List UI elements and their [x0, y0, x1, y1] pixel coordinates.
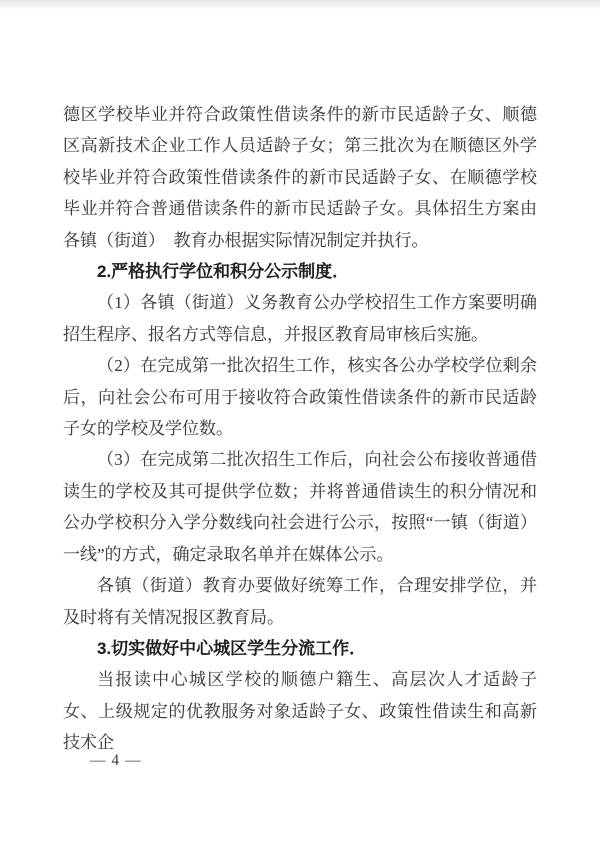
paragraph-item-2: （2）在完成第一批次招生工作，核实各公办学校学位剩余后，向社会公布可用于接收符合…	[63, 350, 537, 444]
paragraph-diversion: 当报读中心城区学校的顺德户籍生、高层次人才适龄子女、上级规定的优教服务对象适龄子…	[63, 664, 537, 758]
section-heading-3: 3.切实做好中心城区学生分流工作．	[63, 633, 537, 664]
paragraph-item-1: （1）各镇（街道）义务教育公办学校招生工作方案要明确招生程序、报名方式等信息，并…	[63, 287, 537, 350]
document-page: 德区学校毕业并符合政策性借读条件的新市民适龄子女、顺德区高新技术企业工作人员适龄…	[0, 0, 600, 849]
section-heading-2: 2.严格执行学位和积分公示制度．	[63, 256, 537, 287]
page-number: — 4 —	[90, 752, 142, 770]
paragraph-continuation: 德区学校毕业并符合政策性借读条件的新市民适龄子女、顺德区高新技术企业工作人员适龄…	[63, 99, 537, 256]
paragraph-coordination: 各镇（街道）教育办要做好统筹工作，合理安排学位，并及时将有关情况报区教育局。	[63, 570, 537, 633]
paragraph-item-3: （3）在完成第二批次招生工作后，向社会公布接收普通借读生的学校及其可提供学位数；…	[63, 444, 537, 570]
